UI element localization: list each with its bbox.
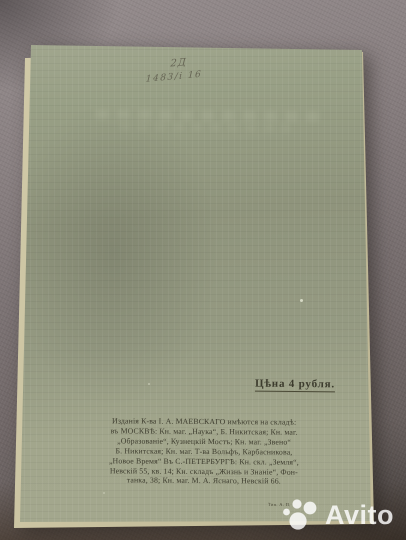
avito-dots-icon [282, 496, 322, 534]
paper-speck [148, 383, 150, 385]
avito-watermark: Avito [282, 494, 406, 536]
price-label: Цѣна 4 рубля. [240, 378, 350, 391]
paper-speck [300, 299, 303, 302]
publisher-imprint-block: Изданія К-ва І. А. МАЕВСКАГО имѣются на … [88, 416, 320, 487]
avito-watermark-text: Avito [325, 502, 394, 529]
publisher-line: танка, 38; Кн. маг. М. А. Яснаго, Невскі… [88, 476, 320, 488]
paper-speck [103, 492, 105, 494]
photo-of-book-back-cover: 2Д 1483/і 16 Цѣна 4 рубля. Изданія К-ва … [0, 0, 406, 540]
price-text: Цѣна 4 рубля. [255, 378, 335, 393]
